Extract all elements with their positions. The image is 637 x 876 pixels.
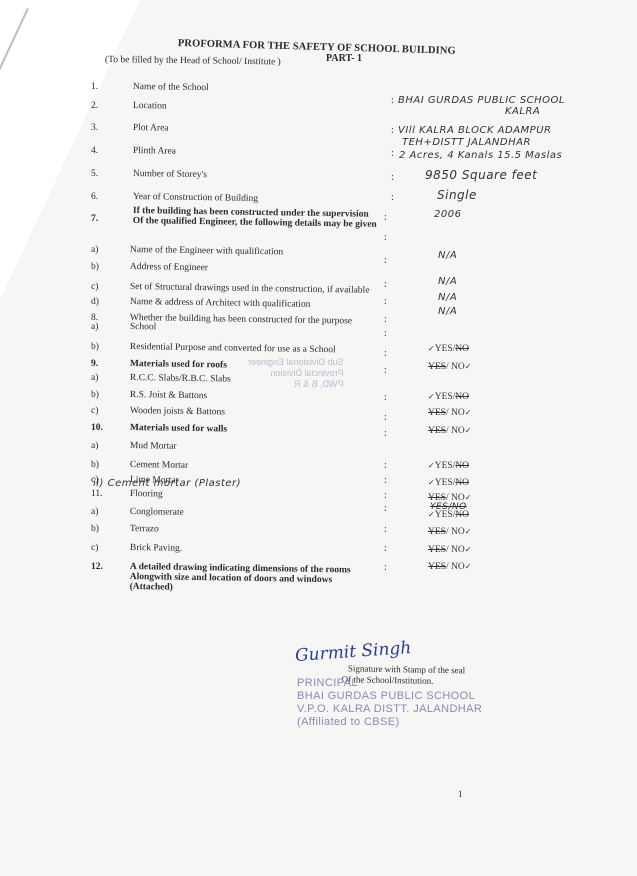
check-tick-icon: ✓ [465, 493, 472, 502]
yes-option: YES [428, 408, 446, 418]
field-colon: : [391, 125, 394, 136]
item-label: Wooden joists & Battons [130, 406, 225, 417]
school-stamp: PRINCIPAL BHAI GURDAS PUBLIC SCHOOL V.P.… [297, 677, 482, 729]
item-label-line: Residential Purpose and converted for us… [130, 342, 336, 355]
check-tick-icon: ✓ [465, 527, 472, 536]
field-colon: : [384, 232, 387, 243]
item-label: Mud Mortar [130, 441, 177, 452]
item-label: Materials used for roofs [130, 359, 227, 371]
item-label-line: Whether the building has been constructe… [130, 313, 352, 326]
item-label-line: Conglomerate [130, 507, 184, 518]
field-colon: : [391, 192, 394, 203]
field-colon: : [384, 365, 387, 376]
item-label: Name of the Engineer with qualification [130, 245, 283, 257]
field-colon: : [384, 255, 387, 266]
no-option: / NO [446, 545, 465, 555]
engineer-name-value: N/A [438, 250, 457, 261]
wall-note: ii) Cement mortar (Plaster) [93, 478, 241, 489]
item-label-line: Mud Mortar [130, 441, 177, 452]
plinth-area-value: 9850 Square feet [425, 168, 537, 182]
check-tick-icon: ✓ [465, 408, 472, 417]
item-label: Flooring [130, 489, 163, 500]
item-label: R.S. Joist & Battons [130, 390, 207, 401]
item-label: Brick Paving. [130, 543, 182, 554]
school-name-line1: BHAI GURDAS PUBLIC SCHOOL [398, 95, 565, 106]
item-number: 9. [91, 359, 98, 369]
field-colon: : [384, 328, 387, 339]
item-label: Cement Mortar [130, 460, 188, 471]
field-colon: : [384, 490, 387, 501]
yes-option: YES [428, 426, 446, 436]
item-number: c) [91, 543, 98, 553]
item-number: a) [91, 373, 98, 383]
item-label-line: Year of Construction of Building [133, 192, 258, 204]
answer-cement: ✓YES/NO [428, 478, 469, 488]
field-colon: : [391, 172, 394, 183]
no-option: / NO [446, 527, 465, 537]
item-number: 6. [91, 192, 98, 202]
storeys-value: Single [437, 188, 477, 202]
no-option: NO [455, 344, 469, 354]
flooring-extra-answer: YES/NO [430, 502, 467, 512]
item-number: a) [91, 322, 98, 332]
field-colon: : [384, 562, 387, 573]
item-label: Name & address of Architect with qualifi… [130, 297, 311, 310]
item-label: Location [133, 101, 167, 112]
field-colon: : [391, 148, 394, 159]
document-subtitle: (To be filled by the Head of School/ Ins… [105, 55, 281, 67]
item-number: 1. [91, 82, 98, 92]
faded-engineer-stamp: Sub Divisional Engineer Provincial Divis… [248, 357, 344, 390]
principal-signature: Gurmit Singh [294, 638, 411, 666]
item-label-line: School [130, 322, 157, 332]
no-option: / NO [446, 562, 465, 572]
yes-option: YES [428, 545, 446, 555]
check-tick-icon: ✓ [428, 344, 435, 353]
item-label-line: Name & address of Architect with qualifi… [130, 297, 311, 310]
item-number: 4. [91, 146, 98, 156]
check-tick-icon: ✓ [428, 478, 435, 487]
item-label-line: Name of the Engineer with qualification [130, 245, 283, 257]
item-label-line: Plot Area [133, 123, 169, 134]
yes-option: YES/ [435, 478, 456, 488]
document-page: PROFORMA FOR THE SAFETY OF SCHOOL BUILDI… [0, 0, 637, 876]
yes-option: YES [428, 527, 446, 537]
item-number: b) [91, 390, 99, 400]
item-label-line: Address of Engineer [130, 262, 208, 273]
item-label-line: Plinth Area [133, 146, 176, 157]
no-option: / NO [446, 362, 465, 372]
item-label: Plot Area [133, 123, 169, 134]
field-colon: : [384, 296, 387, 307]
check-tick-icon: ✓ [428, 392, 435, 401]
item-label: Residential Purpose and converted for us… [130, 342, 336, 355]
field-colon: : [384, 279, 387, 290]
item-number: a) [91, 507, 98, 517]
no-option: / NO [446, 408, 465, 418]
item-label: Plinth Area [133, 146, 176, 157]
architect-value: N/A [438, 306, 457, 317]
item-number: b) [91, 342, 99, 352]
answer-wooden: YES/ NO✓ [428, 426, 471, 436]
no-option: / NO [446, 426, 465, 436]
yes-option: YES/ [435, 461, 456, 471]
item-label-line: Set of Structural drawings used in the c… [130, 282, 370, 296]
structural-drawings-value: N/A [438, 292, 457, 303]
engineer-address-value: N/A [438, 276, 457, 287]
item-label-line: R.C.C. Slabs/R.B.C. Slabs [130, 373, 231, 385]
page-number: 1 [458, 789, 463, 799]
item-label-line: Wooden joists & Battons [130, 406, 225, 417]
item-label-line: Terrazo [130, 524, 159, 534]
item-number: 7. [91, 214, 98, 224]
answer-mud: ✓YES/NO [428, 461, 469, 471]
item-number: b) [91, 460, 99, 470]
item-number: a) [91, 441, 98, 451]
answer-terrazo: YES/ NO✓ [428, 527, 471, 537]
answer-school: ✓YES/NO [428, 344, 469, 354]
check-tick-icon: ✓ [465, 426, 472, 435]
year-value: 2006 [434, 209, 461, 220]
answer-residential: YES/ NO✓ [428, 362, 471, 372]
field-colon: : [384, 475, 387, 486]
yes-option: YES/ [435, 344, 456, 354]
field-colon: : [384, 412, 387, 423]
item-label-line: Brick Paving. [130, 543, 182, 554]
field-colon: : [384, 543, 387, 554]
item-label: School [130, 322, 157, 332]
item-number: c) [91, 406, 98, 416]
no-option: NO [455, 392, 469, 402]
check-tick-icon: ✓ [428, 461, 435, 470]
document-title: PROFORMA FOR THE SAFETY OF SCHOOL BUILDI… [178, 38, 456, 57]
item-number: d) [91, 297, 99, 307]
item-label: Materials used for walls [130, 423, 227, 435]
check-tick-icon: ✓ [465, 362, 472, 371]
item-label: Number of Storey's [133, 169, 207, 180]
field-colon: : [384, 428, 387, 439]
field-colon: : [384, 503, 387, 514]
item-label-line: Materials used for roofs [130, 359, 227, 371]
item-label-line: Location [133, 101, 167, 112]
yes-option: YES [428, 362, 446, 372]
field-colon: : [384, 314, 387, 325]
field-colon: : [384, 392, 387, 403]
item-number: a) [91, 245, 98, 255]
item-number: 10. [91, 423, 103, 433]
item-number: 5. [91, 169, 98, 179]
field-colon: : [384, 212, 387, 223]
item-number: c) [91, 282, 98, 292]
no-option: NO [455, 461, 469, 471]
item-label-line: Materials used for walls [130, 423, 227, 435]
item-label: Whether the building has been constructe… [130, 313, 352, 326]
item-label: Conglomerate [130, 507, 184, 518]
field-colon: : [384, 348, 387, 359]
field-colon: : [384, 524, 387, 535]
item-label: Year of Construction of Building [133, 192, 258, 204]
field-colon: : [384, 460, 387, 471]
item-label-line: R.S. Joist & Battons [130, 390, 207, 401]
document-part: PART- 1 [326, 53, 362, 64]
answer-rcc: ✓YES/NO [428, 392, 469, 402]
item-number: b) [91, 524, 99, 534]
item-label: R.C.C. Slabs/R.B.C. Slabs [130, 373, 231, 385]
item-label-line: Cement Mortar [130, 460, 188, 471]
school-name-line2: KALRA [505, 106, 540, 117]
location-line2: TEH+DISTT JALANDHAR [402, 137, 531, 148]
item-label: Name of the School [133, 82, 209, 93]
location-line1: VIll KALRA BLOCK ADAMPUR [398, 125, 551, 136]
yes-option: YES [428, 562, 446, 572]
item-label: If the building has been constructed und… [133, 206, 377, 230]
no-option: NO [455, 478, 469, 488]
check-tick-icon: ✓ [465, 545, 472, 554]
item-label: Terrazo [130, 524, 159, 534]
yes-option: YES/ [435, 392, 456, 402]
check-tick-icon: ✓ [465, 562, 472, 571]
item-number: 2. [91, 101, 98, 111]
item-label-line: Name of the School [133, 82, 209, 93]
item-label-line: Number of Storey's [133, 169, 207, 180]
answer-brick: YES/ NO✓ [428, 545, 471, 555]
item-number: b) [91, 262, 99, 272]
item-number: 11. [91, 489, 103, 499]
field-colon: : [391, 95, 394, 106]
item-number: 12. [91, 562, 103, 572]
item-label: A detailed drawing indicating dimensions… [130, 562, 351, 595]
plot-area-value: 2 Acres, 4 Kanals 15.5 Maslas [399, 150, 562, 161]
answer-rs_joist: YES/ NO✓ [428, 408, 471, 418]
item-number: 3. [91, 123, 98, 133]
item-label: Set of Structural drawings used in the c… [130, 282, 370, 296]
item-label: Address of Engineer [130, 262, 208, 273]
answer-drawing: YES/ NO✓ [428, 562, 471, 572]
item-label-line: Flooring [130, 489, 163, 500]
